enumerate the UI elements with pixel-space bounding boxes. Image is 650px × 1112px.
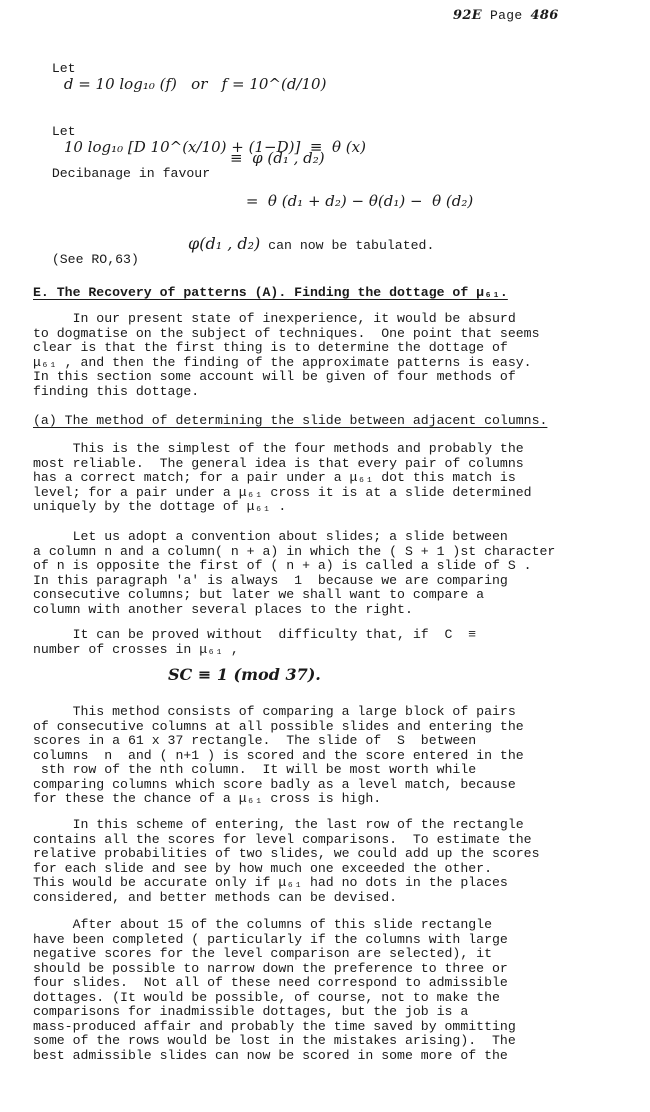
text-line: μ₆₁ , and then the finding of the approx… bbox=[33, 356, 623, 371]
text-line: contains all the scores for level compar… bbox=[33, 833, 623, 848]
text-line: of consecutive columns at all possible s… bbox=[33, 720, 623, 735]
text-line: scores in a 61 x 37 rectangle. The slide… bbox=[33, 734, 623, 749]
text-line: After about 15 of the columns of this sl… bbox=[33, 918, 623, 933]
eq-math: ≡ φ (d₁ , d₂) bbox=[230, 151, 325, 165]
text-line: clear is that the first thing is to dete… bbox=[33, 341, 623, 356]
section-heading: E. The Recovery of patterns (A). Finding… bbox=[33, 285, 508, 300]
text-line: Let us adopt a convention about slides; … bbox=[33, 530, 623, 545]
text-line: some of the rows would be lost in the mi… bbox=[33, 1034, 623, 1049]
page-number: 486 bbox=[531, 8, 559, 23]
text-line: have been completed ( particularly if th… bbox=[33, 933, 623, 948]
document-ref: 92E bbox=[453, 8, 482, 23]
text-line: most reliable. The general idea is that … bbox=[33, 457, 623, 472]
text-line: of n is opposite the first of ( n + a) i… bbox=[33, 559, 623, 574]
text-line: a column n and a column( n + a) in which… bbox=[33, 545, 623, 560]
paragraph-comparing-block: This method consists of comparing a larg… bbox=[33, 705, 623, 807]
text-line: finding this dottage. bbox=[33, 385, 623, 400]
text-line: four slides. Not all of these need corre… bbox=[33, 976, 623, 991]
equation-d-definition: Let d = 10 log₁₀ (f) or f = 10^(d/10) bbox=[36, 48, 326, 93]
text-line: dottages. (It would be possible, of cour… bbox=[33, 991, 623, 1006]
text-line: has a correct match; for a pair under a … bbox=[33, 471, 623, 486]
page-header: 92E Page 486 bbox=[453, 8, 559, 23]
eq-math: φ(d₁ , d₂) bbox=[188, 234, 260, 253]
text-line: relative probabilities of two slides, we… bbox=[33, 847, 623, 862]
equation-tabulated: (See RO,63) φ(d₁ , d₂) can now be tabula… bbox=[36, 239, 139, 282]
eq-math-wrap: φ(d₁ , d₂) can now be tabulated. bbox=[188, 237, 434, 253]
eq-suffix: can now be tabulated. bbox=[260, 238, 434, 253]
text-line: sth row of the nth column. It will be mo… bbox=[33, 763, 623, 778]
text-line: to dogmatise on the subject of technique… bbox=[33, 327, 623, 342]
equation-decibanage: Decibanage in favour ≡ φ (d₁ , d₂) bbox=[36, 153, 210, 196]
text-line: consecutive columns; but later we shall … bbox=[33, 588, 623, 603]
text-line: In our present state of inexperience, it… bbox=[33, 312, 623, 327]
text-line: It can be proved without difficulty that… bbox=[33, 628, 623, 643]
eq-math: d = 10 log₁₀ (f) or f = 10^(d/10) bbox=[64, 75, 327, 93]
page-label: Page bbox=[490, 8, 522, 23]
formula-mod37: SC ≡ 1 (mod 37). bbox=[168, 665, 321, 684]
paragraph-slide-convention: Let us adopt a convention about slides; … bbox=[33, 530, 623, 617]
paragraph-after-15: After about 15 of the columns of this sl… bbox=[33, 918, 623, 1063]
text-line: negative scores for the level comparison… bbox=[33, 947, 623, 962]
text-line: best admissible slides can now be scored… bbox=[33, 1049, 623, 1064]
text-line: This method consists of comparing a larg… bbox=[33, 705, 623, 720]
text-line: column with another several places to th… bbox=[33, 603, 623, 618]
paragraph-crosses: It can be proved without difficulty that… bbox=[33, 628, 623, 657]
text-line: comparing columns which score badly as a… bbox=[33, 778, 623, 793]
text-line: for these the chance of a μ₆₁ cross is h… bbox=[33, 792, 623, 807]
text-line: uniquely by the dottage of μ₆₁ . bbox=[33, 500, 623, 515]
text-line: for each slide and see by how much one e… bbox=[33, 862, 623, 877]
text-line: columns n and ( n+1 ) is scored and the … bbox=[33, 749, 623, 764]
eq-math: = θ (d₁ + d₂) − θ(d₁) − θ (d₂) bbox=[246, 192, 473, 210]
text-line: comparisons for inadmissible dottages, b… bbox=[33, 1005, 623, 1020]
subsection-heading: (a) The method of determining the slide … bbox=[33, 413, 547, 428]
text-line: In this section some account will be giv… bbox=[33, 370, 623, 385]
eq-prefix: Decibanage in favour bbox=[52, 166, 210, 181]
paragraph-intro: In our present state of inexperience, it… bbox=[33, 312, 623, 399]
text-line: considered, and better methods can be de… bbox=[33, 891, 623, 906]
text-line: In this scheme of entering, the last row… bbox=[33, 818, 623, 833]
eq-prefix: (See RO,63) bbox=[52, 252, 139, 267]
text-line: In this paragraph 'a' is always 1 becaus… bbox=[33, 574, 623, 589]
text-line: should be possible to narrow down the pr… bbox=[33, 962, 623, 977]
paragraph-scheme: In this scheme of entering, the last row… bbox=[33, 818, 623, 905]
text-line: number of crosses in μ₆₁ , bbox=[33, 643, 623, 658]
text-line: This is the simplest of the four methods… bbox=[33, 442, 623, 457]
equation-decibanage-expanded: = θ (d₁ + d₂) − θ(d₁) − θ (d₂) bbox=[230, 180, 473, 211]
text-line: mass-produced affair and probably the ti… bbox=[33, 1020, 623, 1035]
text-line: level; for a pair under a μ₆₁ cross it i… bbox=[33, 486, 623, 501]
paragraph-method-a: This is the simplest of the four methods… bbox=[33, 442, 623, 515]
text-line: This would be accurate only if μ₆₁ had n… bbox=[33, 876, 623, 891]
